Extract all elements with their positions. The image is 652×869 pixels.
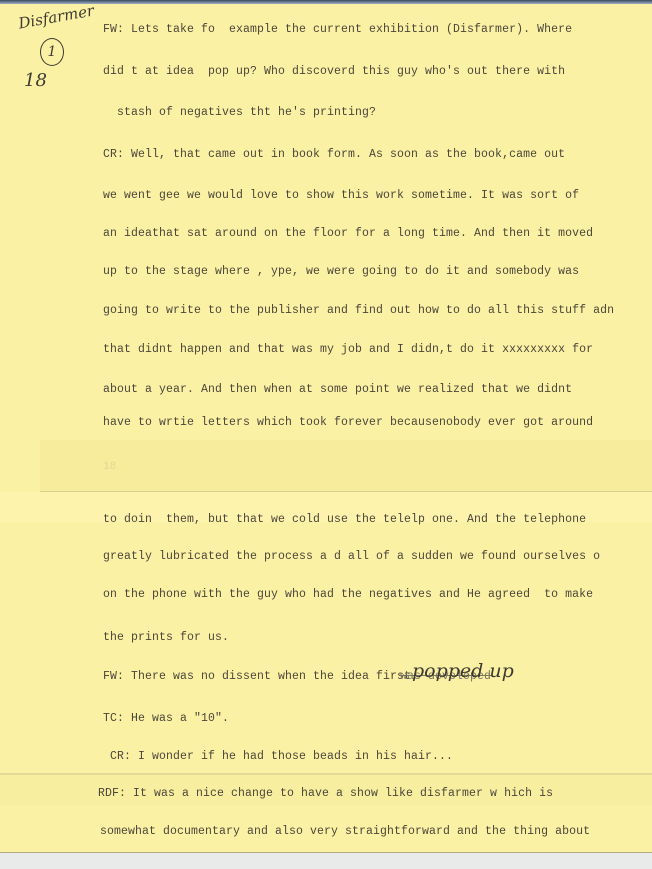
text-line: that didnt happen and that was my job an…: [103, 343, 593, 356]
text-line: FW: There was no dissent when the idea f…: [103, 670, 411, 683]
text-line: up to the stage where , ype, we were goi…: [103, 265, 579, 278]
paper-overlap-band: [40, 440, 652, 492]
text-line: greatly lubricated the process a d all o…: [103, 550, 600, 563]
text-line: RDF: It was a nice change to have a show…: [98, 787, 553, 800]
text-line: an ideathat sat around on the floor for …: [103, 227, 593, 240]
text-line: FW: Lets take fo example the current exh…: [103, 23, 572, 36]
text-line: to doin them, but that we cold use the t…: [103, 513, 586, 526]
text-line: TC: He was a "10".: [103, 712, 229, 725]
handwritten-insertion: popped up: [412, 660, 514, 682]
text-line: the prints for us.: [103, 631, 229, 644]
text-line: have to wrtie letters which took forever…: [103, 416, 593, 429]
text-line: on the phone with the guy who had the ne…: [103, 588, 593, 601]
text-line: going to write to the publisher and find…: [103, 304, 614, 317]
text-line: CR: Well, that came out in book form. As…: [103, 148, 565, 161]
text-line: we went gee we would love to show this w…: [103, 189, 579, 202]
text-line: somewhat documentary and also very strai…: [100, 825, 590, 838]
faded-mark: 18: [103, 461, 116, 473]
handwritten-side-number: 18: [24, 70, 47, 91]
page-number: 1: [48, 44, 57, 60]
text-line: about a year. And then when at some poin…: [103, 383, 572, 396]
page-number-circle: 1: [40, 38, 64, 66]
text-line: did t at idea pop up? Who discoverd this…: [103, 65, 565, 78]
text-line: stash of negatives tht he's printing?: [103, 106, 376, 119]
text-line: CR: I wonder if he had those beads in hi…: [103, 750, 453, 763]
scanner-bottom-edge: [0, 852, 652, 869]
paper-sheet: [0, 4, 652, 864]
